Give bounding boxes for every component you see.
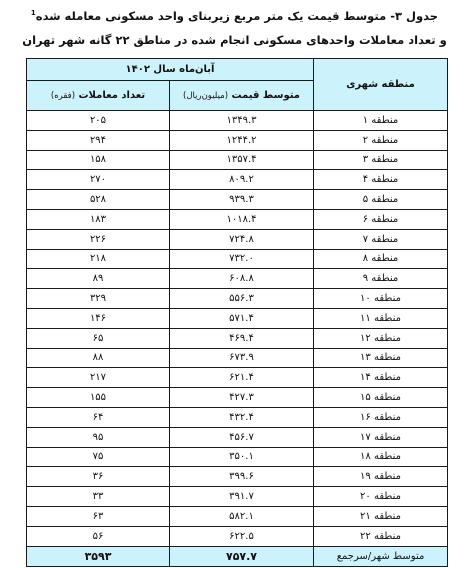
cell-count: ۱۸۳ — [27, 209, 170, 229]
table-row: منطقه ۱۹۳۹۹.۶۳۶ — [27, 467, 448, 487]
cell-price: ۵۵۶.۳ — [170, 289, 314, 309]
cell-price: ۷۲۴.۸ — [170, 229, 314, 249]
cell-price: ۱۳۵۷.۴ — [170, 150, 314, 170]
cell-region: منطقه ۲۲ — [314, 526, 448, 546]
cell-price: ۳۹۱.۷ — [170, 487, 314, 507]
table-row: منطقه ۲۱۲۴۴.۲۲۹۴ — [27, 130, 448, 150]
cell-region: منطقه ۱۹ — [314, 467, 448, 487]
cell-count: ۱۵۸ — [27, 150, 170, 170]
table-row: منطقه ۵۹۳۹.۳۵۲۸ — [27, 190, 448, 210]
cell-price: ۳۵۰.۱ — [170, 447, 314, 467]
cell-price: ۴۲۷.۳ — [170, 388, 314, 408]
table-row: منطقه ۱۰۵۵۶.۳۳۲۹ — [27, 289, 448, 309]
cell-region: منطقه ۱۳ — [314, 348, 448, 368]
cell-region: منطقه ۲۱ — [314, 506, 448, 526]
cell-count: ۲۹۴ — [27, 130, 170, 150]
table-row: منطقه ۱۱۵۷۱.۴۱۴۶ — [27, 308, 448, 328]
cell-region: منطقه ۳ — [314, 150, 448, 170]
cell-count: ۸۹ — [27, 269, 170, 289]
header-region: منطقه شهری — [314, 59, 448, 111]
cell-price: ۵۸۲.۱ — [170, 506, 314, 526]
cell-count: ۲۱۷ — [27, 368, 170, 388]
cell-region: منطقه ۸ — [314, 249, 448, 269]
cell-count: ۵۲۸ — [27, 190, 170, 210]
header-period: آبان‌ماه سال ۱۴۰۲ — [27, 59, 314, 81]
cell-price: ۴۵۶.۷ — [170, 427, 314, 447]
cell-price: ۶۲۲.۵ — [170, 526, 314, 546]
cell-region: منطقه ۱۲ — [314, 328, 448, 348]
table-row: منطقه ۱۱۳۴۹.۳۲۰۵ — [27, 111, 448, 131]
cell-region: منطقه ۱۸ — [314, 447, 448, 467]
cell-count: ۵۶ — [27, 526, 170, 546]
cell-price: ۷۳۲.۰ — [170, 249, 314, 269]
cell-region: منطقه ۱۶ — [314, 407, 448, 427]
table-row: منطقه ۱۶۴۳۲.۴۶۴ — [27, 407, 448, 427]
cell-region: منطقه ۷ — [314, 229, 448, 249]
cell-price: ۱۳۴۹.۳ — [170, 111, 314, 131]
cell-price: ۴۶۹.۴ — [170, 328, 314, 348]
table-row: منطقه ۲۲۶۲۲.۵۵۶ — [27, 526, 448, 546]
footer-region: متوسط شهر/سرجمع — [314, 546, 448, 566]
table-row: منطقه ۱۷۴۵۶.۷۹۵ — [27, 427, 448, 447]
cell-count: ۶۳ — [27, 506, 170, 526]
cell-region: منطقه ۱۰ — [314, 289, 448, 309]
cell-region: منطقه ۱۱ — [314, 308, 448, 328]
header-count: تعداد معاملات (فقره) — [27, 81, 170, 111]
cell-count: ۱۵۵ — [27, 388, 170, 408]
header-price: متوسط قیمت (میلیون‌ریال) — [170, 81, 314, 111]
table-row: منطقه ۱۳۶۷۳.۹۸۸ — [27, 348, 448, 368]
table-footer-row: متوسط شهر/سرجمع ۷۵۷.۷ ۳۵۹۳ — [27, 546, 448, 566]
cell-region: منطقه ۱ — [314, 111, 448, 131]
table-row: منطقه ۱۵۴۲۷.۳۱۵۵ — [27, 388, 448, 408]
table-row: منطقه ۱۲۴۶۹.۴۶۵ — [27, 328, 448, 348]
cell-price: ۶۰۸.۸ — [170, 269, 314, 289]
footer-price: ۷۵۷.۷ — [170, 546, 314, 566]
cell-price: ۹۳۹.۳ — [170, 190, 314, 210]
cell-region: منطقه ۲ — [314, 130, 448, 150]
cell-count: ۲۲۶ — [27, 229, 170, 249]
table-row: منطقه ۹۶۰۸.۸۸۹ — [27, 269, 448, 289]
table-row: منطقه ۸۷۳۲.۰۲۱۸ — [27, 249, 448, 269]
table-row: منطقه ۲۱۵۸۲.۱۶۳ — [27, 506, 448, 526]
cell-region: منطقه ۶ — [314, 209, 448, 229]
cell-region: منطقه ۱۵ — [314, 388, 448, 408]
cell-region: منطقه ۴ — [314, 170, 448, 190]
cell-price: ۸۰۹.۲ — [170, 170, 314, 190]
table-row: منطقه ۶۱۰۱۸.۴۱۸۳ — [27, 209, 448, 229]
table-row: منطقه ۱۸۳۵۰.۱۷۵ — [27, 447, 448, 467]
cell-price: ۳۹۹.۶ — [170, 467, 314, 487]
cell-region: منطقه ۲۰ — [314, 487, 448, 507]
housing-price-table: منطقه شهری آبان‌ماه سال ۱۴۰۲ متوسط قیمت … — [26, 58, 448, 567]
cell-price: ۱۰۱۸.۴ — [170, 209, 314, 229]
cell-price: ۶۲۱.۴ — [170, 368, 314, 388]
table-row: منطقه ۴۸۰۹.۲۲۷۰ — [27, 170, 448, 190]
table-row: منطقه ۷۷۲۴.۸۲۲۶ — [27, 229, 448, 249]
table-row: منطقه ۲۰۳۹۱.۷۳۳ — [27, 487, 448, 507]
cell-region: منطقه ۱۴ — [314, 368, 448, 388]
cell-count: ۹۵ — [27, 427, 170, 447]
cell-count: ۳۳ — [27, 487, 170, 507]
cell-count: ۳۲۹ — [27, 289, 170, 309]
cell-count: ۷۵ — [27, 447, 170, 467]
title-text: جدول ۳- متوسط قیمت یک متر مربع زیربنای و… — [36, 9, 438, 23]
cell-count: ۶۵ — [27, 328, 170, 348]
cell-count: ۳۶ — [27, 467, 170, 487]
cell-count: ۲۱۸ — [27, 249, 170, 269]
cell-price: ۴۳۲.۴ — [170, 407, 314, 427]
cell-count: ۲۷۰ — [27, 170, 170, 190]
table-title-line-2: و تعداد معاملات واحدهای مسکونی انجام شده… — [0, 33, 469, 47]
cell-region: منطقه ۹ — [314, 269, 448, 289]
table-row: منطقه ۳۱۳۵۷.۴۱۵۸ — [27, 150, 448, 170]
footer-count: ۳۵۹۳ — [27, 546, 170, 566]
cell-price: ۱۲۴۴.۲ — [170, 130, 314, 150]
table-row: منطقه ۱۴۶۲۱.۴۲۱۷ — [27, 368, 448, 388]
cell-count: ۲۰۵ — [27, 111, 170, 131]
cell-count: ۱۴۶ — [27, 308, 170, 328]
cell-count: ۶۴ — [27, 407, 170, 427]
cell-region: منطقه ۵ — [314, 190, 448, 210]
cell-count: ۸۸ — [27, 348, 170, 368]
cell-price: ۵۷۱.۴ — [170, 308, 314, 328]
table-title-line-1: جدول ۳- متوسط قیمت یک متر مربع زیربنای و… — [0, 9, 469, 23]
cell-price: ۶۷۳.۹ — [170, 348, 314, 368]
cell-region: منطقه ۱۷ — [314, 427, 448, 447]
